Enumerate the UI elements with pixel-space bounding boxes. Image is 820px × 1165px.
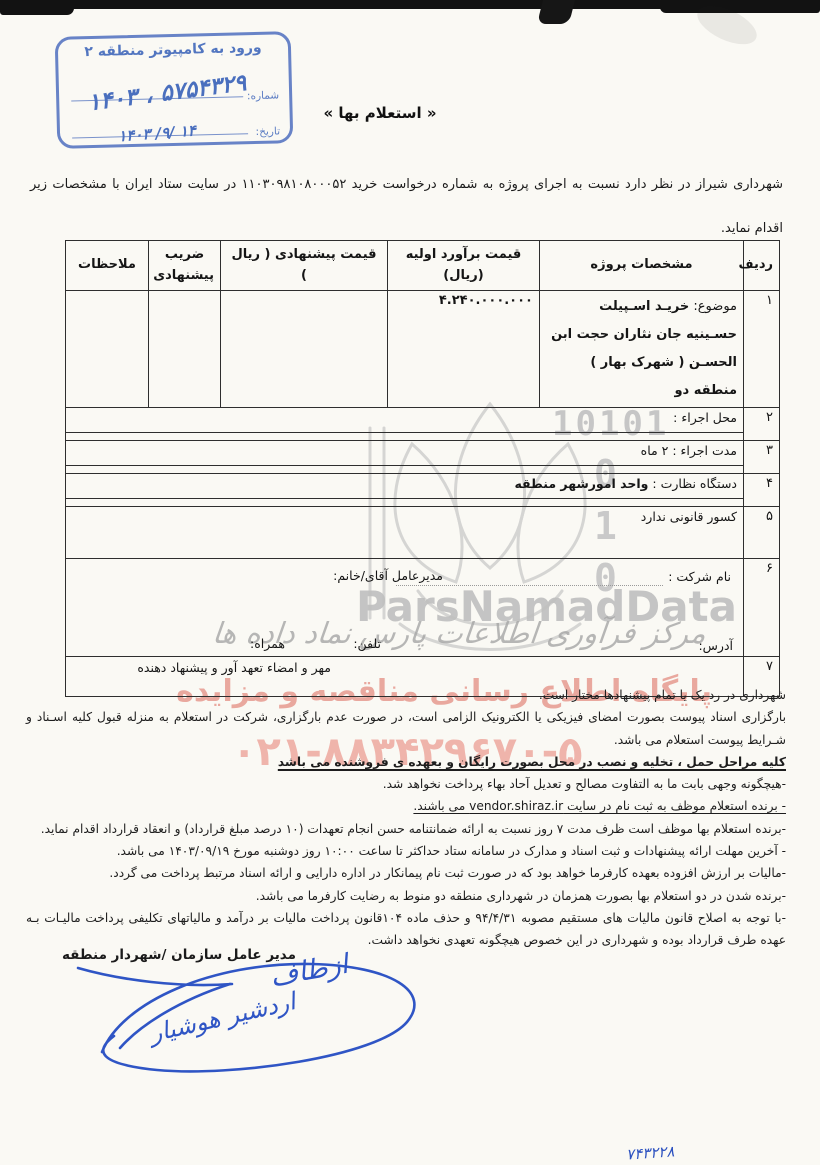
row1-coefficient-cell [149,291,221,408]
row2-number: ۲ [744,407,780,440]
stamp-date-label: تاریخ: [255,125,280,138]
stamp-number-row: شماره: ۵۷۵۴۳۲۹ ، ۱۴۰۳ [66,55,281,106]
seal-signature-label: مهر و امضاء تعهد آور و پیشنهاد دهنده [137,660,331,675]
scan-edge-top-left [0,0,74,15]
term-line-8: -مالیات بر ارزش افزوده بعهده کارفرما خوا… [26,862,786,884]
scan-edge-top-right [660,0,820,13]
table-header-row: ردیف مشخصات پروژه قیمت برآورد اولیه (ریا… [66,241,780,291]
term-line-5: - برنده استعلام موظف به ثبت نام در سایت … [26,795,786,817]
document-title: « استعلام بها » [290,104,470,122]
header-cell-row: ردیف [744,241,780,291]
row2-text: محل اجراء : [66,407,744,432]
row4-number: ۴ [744,473,780,506]
header-cell-estimate: قیمت برآورد اولیه (ریال) [388,241,540,291]
entry-stamp: ورود به کامپیوتر منطقه ۲ شماره: ۵۷۵۴۳۲۹ … [55,31,294,149]
header-cell-notes: ملاحظات [66,241,149,291]
row3-text: مدت اجراء : ۲ ماه [66,440,744,465]
term-line-7: - آخرین مهلت ارائه پیشنهادات و ثبت اسناد… [26,840,786,862]
signature: ازطاف اردشیر هوشیار [60,930,450,1100]
row4-value: واحد امورشهر منطقه [514,476,648,491]
term-line-6: -برنده استعلام بها موظف است ظرف مدت ۷ رو… [26,818,786,840]
mobile-label: همراه: [250,636,285,651]
stamp-date-row: تاریخ: ۱۴ /۹/ ۱۴۰۳ [68,109,283,148]
header-cell-specs: مشخصات پروژه [540,241,744,291]
table-row-4: ۴ دستگاه نظارت : واحد امورشهر منطقه [66,473,780,498]
table-row-3-fill [66,465,780,473]
row4-text: دستگاه نظارت : واحد امورشهر منطقه [66,473,744,498]
terms-section: شهرداری در رد یک یا تمام پیشنهادها مختار… [26,684,786,952]
row4-fill-cell [66,498,744,506]
row3-number: ۳ [744,440,780,473]
row1-specs: موضوع: خریـد اسـپیلت حسـینیه جان نثاران … [540,291,744,408]
corner-handwritten-number: ۷۴۳۲۲۸ [625,1142,674,1163]
row5-text: کسور قانونی ندارد [66,506,744,558]
table-row-6: ۶ نام شرکت : مدیرعامل آقای/خانم: آدرس: ت… [66,558,780,656]
table-row-2: ۲ محل اجراء : [66,407,780,432]
signature-hand-line1: ازطاف [268,948,354,993]
scanned-document-page: 10101 0 1 0 ParsNamadData مرکز فرآوری اط… [0,0,820,1165]
term-line-4: -هیچگونه وجهی بابت ما به التفاوت مصالح و… [26,773,786,795]
manager-label: مدیرعامل آقای/خانم: [333,568,443,583]
row1-subject-label: موضوع: [693,299,737,314]
row4-label: دستگاه نظارت : [652,476,737,491]
table-row-4-fill [66,498,780,506]
term-line-9: -برنده شدن در دو استعلام بها بصورت همزما… [26,885,786,907]
phone-label: تلفن: [353,636,381,651]
table-row-1: ۱ موضوع: خریـد اسـپیلت حسـینیه جان نثارا… [66,291,780,408]
intro-paragraph: شهرداری شیراز در نظر دارد نسبت به اجرای … [30,163,783,251]
stamp-date-value: ۱۴ /۹/ ۱۴۰۳ [72,118,243,149]
term-line-2: بارگزاری اسناد پیوست بصورت امضای فیزیکی … [26,706,786,751]
row6-number: ۶ [744,558,780,656]
row5-number: ۵ [744,506,780,558]
table-row-5: ۵ کسور قانونی ندارد [66,506,780,558]
address-label: آدرس: [698,638,733,653]
company-name-line [396,585,663,586]
header-cell-coefficient: ضریب پیشنهادی [149,241,221,291]
row1-proposed-price-cell [221,291,388,408]
header-cell-proposed-price: قیمت پیشنهادی ( ریال ) [221,241,388,291]
row1-number: ۱ [744,291,780,408]
company-name-label: نام شرکت : [668,569,731,584]
row2-fill-cell [66,432,744,440]
term-line-3: کلیه مراحل حمل ، تخلیه و نصب در محل بصور… [26,751,786,773]
row1-notes-cell [66,291,149,408]
table-row-2-fill [66,432,780,440]
signature-hand-line2: اردشیر هوشیار [144,987,300,1049]
row1-estimate-value: ۴.۲۴۰.۰۰۰.۰۰۰ [388,291,540,408]
table-row-3: ۳ مدت اجراء : ۲ ماه [66,440,780,465]
scan-edge-notch [537,0,575,24]
inquiry-table: ردیف مشخصات پروژه قیمت برآورد اولیه (ریا… [65,240,780,697]
row6-contact-cell: نام شرکت : مدیرعامل آقای/خانم: آدرس: تلف… [66,558,744,656]
row3-fill-cell [66,465,744,473]
term-line-1: شهرداری در رد یک یا تمام پیشنهادها مختار… [26,684,786,706]
